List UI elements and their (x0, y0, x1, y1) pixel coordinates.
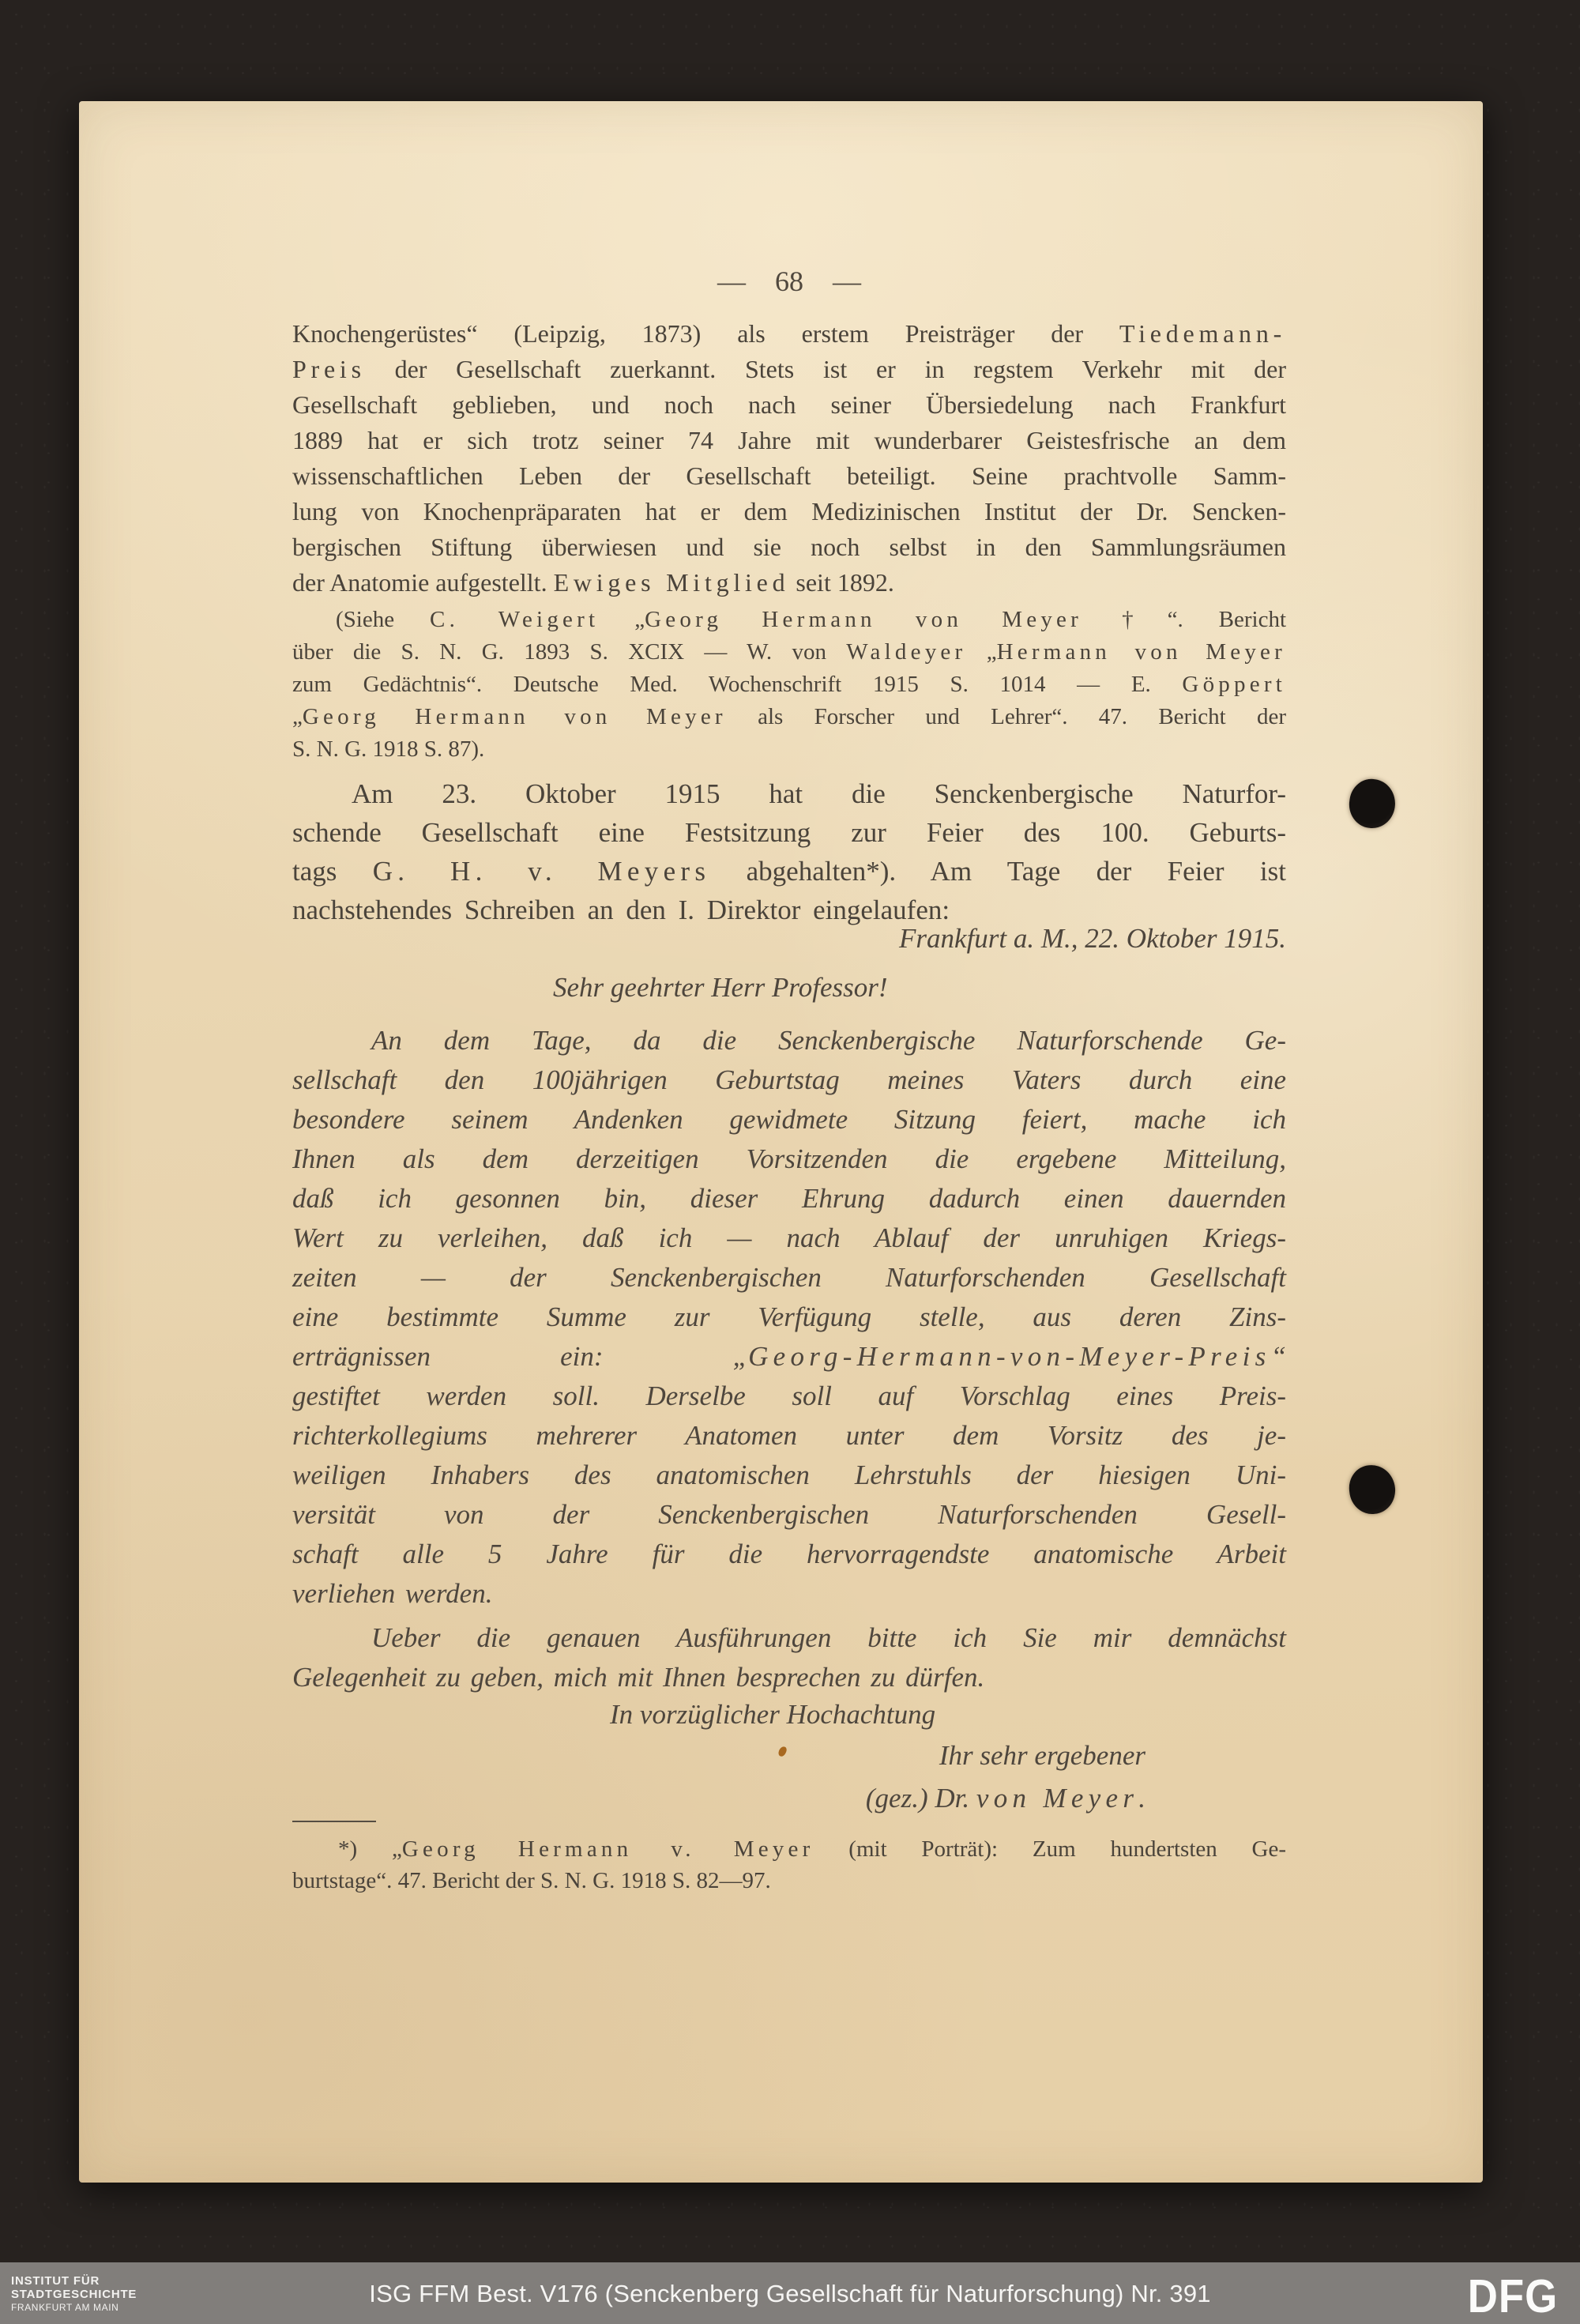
text-line: über die S. N. G. 1893 S. XCIX — W. von … (292, 636, 1286, 669)
text-segment: *) „ (338, 1836, 402, 1862)
text-line: An dem Tage, da die Senckenbergische Nat… (292, 1021, 1286, 1060)
text-line: burtstage“. 47. Bericht der S. N. G. 191… (292, 1865, 1286, 1896)
text-line: eine bestimmte Summe zur Verfügung stell… (292, 1298, 1286, 1337)
text-line: „Georg Hermann von Meyer als Forscher un… (292, 701, 1286, 733)
text-line: Gelegenheit zu geben, mich mit Ihnen bes… (292, 1658, 1286, 1697)
text-segment: An dem Tage, da die Senckenbergische Nat… (371, 1025, 1286, 1056)
text-segment: gestiftet werden soll. Derselbe soll auf… (292, 1380, 1286, 1411)
text-line: Gesellschaft geblieben, und noch nach se… (292, 387, 1286, 423)
text-segment: verliehen werden. (292, 1578, 492, 1609)
text-line: versität von der Senckenbergischen Natur… (292, 1495, 1286, 1535)
letter-body-paragraph-1: An dem Tage, da die Senckenbergische Nat… (292, 1021, 1286, 1614)
text-line: weiligen Inhabers des anatomischen Lehrs… (292, 1456, 1286, 1495)
letterspaced-text: von Meyer (976, 1783, 1138, 1814)
text-line: der Anatomie aufgestellt. Ewiges Mitglie… (292, 565, 1286, 601)
text-segment: besondere seinem Andenken gewidmete Sitz… (292, 1104, 1286, 1135)
footnote-divider (292, 1821, 376, 1822)
text-segment: . (1138, 1783, 1145, 1814)
text-line: daß ich gesonnen bin, dieser Ehrung dadu… (292, 1179, 1286, 1218)
text-segment: “. Bericht (1168, 607, 1286, 632)
text-line: verliehen werden. (292, 1574, 1286, 1614)
text-segment: „ (292, 704, 303, 729)
text-line: bergischen Stiftung überwiesen und sie n… (292, 529, 1286, 565)
letter-signature-role: Ihr sehr ergebener (292, 1740, 1145, 1772)
text-line: Am 23. Oktober 1915 hat die Senckenbergi… (292, 774, 1286, 813)
letter-dateline: Frankfurt a. M., 22. Oktober 1915. (292, 923, 1286, 955)
text-segment: schaft alle 5 Jahre für die hervorragend… (292, 1539, 1286, 1569)
letterspaced-text: Georg Hermann v. Meyer (402, 1836, 814, 1862)
text-line: (gez.) Dr. von Meyer. (292, 1783, 1145, 1814)
paragraph-references: (Siehe C. Weigert „Georg Hermann von Mey… (292, 604, 1286, 766)
text-segment: (gez.) Dr. (866, 1783, 976, 1814)
text-line: Ueber die genauen Ausführungen bitte ich… (292, 1618, 1286, 1658)
scanned-document-page: — 68 — Knochengerüstes“ (Leipzig, 1873) … (79, 101, 1483, 2183)
punch-hole (1346, 776, 1398, 831)
text-segment: schende Gesellschaft eine Festsitzung zu… (292, 817, 1286, 848)
text-segment: als Forscher und Lehrer“. 47. Bericht de… (727, 704, 1286, 729)
text-segment: tags (292, 856, 373, 887)
letterspaced-text: Tiedemann- (1119, 319, 1286, 348)
text-line: schende Gesellschaft eine Festsitzung zu… (292, 813, 1286, 852)
text-line: Knochengerüstes“ (Leipzig, 1873) als ers… (292, 316, 1286, 352)
text-line: 1889 hat er sich trotz seiner 74 Jahre m… (292, 423, 1286, 458)
text-segment: (Siehe (336, 607, 430, 632)
dfg-logo: DFG (1468, 2269, 1558, 2323)
letterspaced-text: Georg Hermann von Meyer (303, 704, 727, 729)
text-line: gestiftet werden soll. Derselbe soll auf… (292, 1377, 1286, 1416)
text-segment: lung von Knochenpräparaten hat er dem Me… (292, 497, 1286, 525)
text-segment: Gesellschaft geblieben, und noch nach se… (292, 390, 1286, 419)
text-line: (Siehe C. Weigert „Georg Hermann von Mey… (292, 604, 1286, 636)
text-segment: (mit Porträt): Zum hundertsten Ge- (814, 1836, 1287, 1862)
letter-closing: In vorzüglicher Hochachtung (610, 1699, 1286, 1731)
text-segment: weiligen Inhabers des anatomischen Lehrs… (292, 1460, 1286, 1490)
text-segment: sellschaft den 100jährigen Geburtstag me… (292, 1064, 1286, 1095)
text-line: tags G. H. v. Meyers abgehalten*). Am Ta… (292, 852, 1286, 891)
text-segment: seit 1892. (789, 568, 893, 597)
text-segment: Ueber die genauen Ausführungen bitte ich… (371, 1622, 1286, 1653)
text-segment: zum Gedächtnis“. Deutsche Med. Wochensch… (292, 672, 1182, 697)
text-line: zum Gedächtnis“. Deutsche Med. Wochensch… (292, 669, 1286, 701)
text-segment: Knochengerüstes“ (Leipzig, 1873) als ers… (292, 319, 1119, 348)
text-segment: versität von der Senckenbergischen Natur… (292, 1499, 1286, 1530)
text-line: Wert zu verleihen, daß ich — nach Ablauf… (292, 1218, 1286, 1258)
text-segment: nachstehendes Schreiben an den I. Direkt… (292, 895, 950, 925)
text-line: *) „Georg Hermann v. Meyer (mit Porträt)… (292, 1833, 1286, 1865)
viewer-footer-bar: INSTITUT FÜR STADTGESCHICHTE FRANKFURT A… (0, 2262, 1580, 2324)
letter-signature-name: (gez.) Dr. von Meyer. (292, 1783, 1145, 1814)
text-line: Preis der Gesellschaft zuerkannt. Stets … (292, 352, 1286, 387)
page-number: — 68 — (292, 266, 1286, 297)
letterspaced-text: Waldeyer (846, 639, 966, 665)
text-line: wissenschaftlichen Leben der Gesellschaf… (292, 458, 1286, 494)
text-segment: daß ich gesonnen bin, dieser Ehrung dadu… (292, 1183, 1286, 1214)
text-segment: Wert zu verleihen, daß ich — nach Ablauf… (292, 1222, 1286, 1253)
text-line: lung von Knochenpräparaten hat er dem Me… (292, 494, 1286, 529)
text-segment: burtstage“. 47. Bericht der S. N. G. 191… (292, 1868, 771, 1893)
paragraph-festsitzung: Am 23. Oktober 1915 hat die Senckenbergi… (292, 774, 1286, 929)
letterspaced-text: Hermann von Meyer (997, 639, 1286, 665)
punch-hole (1347, 1463, 1398, 1516)
letterspaced-text: G. H. v. Meyers (373, 856, 711, 887)
text-segment: 1889 hat er sich trotz seiner 74 Jahre m… (292, 426, 1286, 454)
text-segment: der Gesellschaft zuerkannt. Stets ist er… (366, 355, 1286, 383)
text-line: schaft alle 5 Jahre für die hervorragend… (292, 1535, 1286, 1574)
letterspaced-text: Ewiges Mitglied (554, 568, 790, 597)
letterspaced-text: Georg Hermann von Meyer † (645, 607, 1167, 632)
text-segment: S. N. G. 1918 S. 87). (292, 736, 484, 762)
text-segment: Ihnen als dem derzeitigen Vorsitzenden d… (292, 1143, 1286, 1174)
text-line: S. N. G. 1918 S. 87). (292, 733, 1286, 766)
letter-body-paragraph-2: Ueber die genauen Ausführungen bitte ich… (292, 1618, 1286, 1697)
letter-salutation: Sehr geehrter Herr Professor! (553, 972, 1286, 1004)
text-line: besondere seinem Andenken gewidmete Sitz… (292, 1100, 1286, 1139)
paragraph-biography: Knochengerüstes“ (Leipzig, 1873) als ers… (292, 316, 1286, 601)
text-segment: Gelegenheit zu geben, mich mit Ihnen bes… (292, 1662, 984, 1693)
text-segment: bergischen Stiftung überwiesen und sie n… (292, 533, 1286, 561)
letterspaced-text: Georg-Hermann-von-Meyer-Preis (748, 1341, 1270, 1372)
text-segment: “ (1271, 1341, 1286, 1372)
letterspaced-text: Preis (292, 355, 366, 383)
text-segment: „ (966, 639, 996, 665)
text-line: zeiten — der Senckenbergischen Naturfors… (292, 1258, 1286, 1298)
text-line: Ihnen als dem derzeitigen Vorsitzenden d… (292, 1139, 1286, 1179)
text-segment: erträgnissen ein: „ (292, 1341, 748, 1372)
text-segment: über die S. N. G. 1893 S. XCIX — W. von (292, 639, 846, 665)
text-line: sellschaft den 100jährigen Geburtstag me… (292, 1060, 1286, 1100)
archive-scan-view: — 68 — Knochengerüstes“ (Leipzig, 1873) … (0, 0, 1580, 2324)
text-segment: eine bestimmte Summe zur Verfügung stell… (292, 1301, 1286, 1332)
text-segment: Am 23. Oktober 1915 hat die Senckenbergi… (352, 778, 1286, 809)
letterspaced-text: Göppert (1182, 672, 1286, 697)
text-segment: wissenschaftlichen Leben der Gesellschaf… (292, 461, 1286, 490)
text-segment: abgehalten*). Am Tage der Feier ist (710, 856, 1286, 887)
text-segment: „ (599, 607, 645, 632)
text-line: richterkollegiums mehrerer Anatomen unte… (292, 1416, 1286, 1456)
letterspaced-text: C. Weigert (430, 607, 599, 632)
text-line: erträgnissen ein: „Georg-Hermann-von-Mey… (292, 1337, 1286, 1377)
footnote: *) „Georg Hermann v. Meyer (mit Porträt)… (292, 1833, 1286, 1896)
text-segment: richterkollegiums mehrerer Anatomen unte… (292, 1420, 1286, 1451)
text-segment: zeiten — der Senckenbergischen Naturfors… (292, 1262, 1286, 1293)
text-segment: der Anatomie aufgestellt. (292, 568, 554, 597)
archive-reference-label: ISG FFM Best. V176 (Senckenberg Gesellsc… (0, 2280, 1580, 2308)
